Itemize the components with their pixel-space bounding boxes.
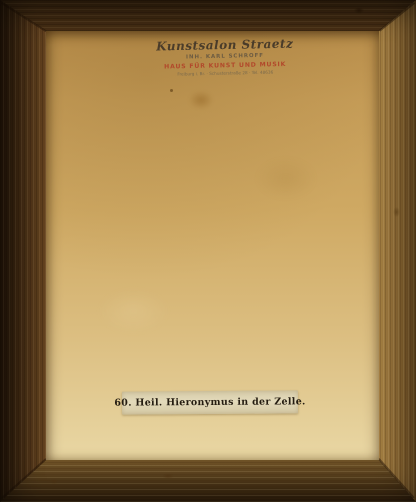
dealer-stamp: Kunstsalon Straetz INH. KARL SCHROFF HAU… [140, 36, 311, 81]
wood-knot-bottom-rail [160, 472, 176, 480]
stain-speck [170, 89, 173, 92]
stamp-address-line: Freiburg i. Br. · Schusterstraße 28 · Te… [174, 70, 276, 77]
stamp-owner-line: INH. KARL SCHROFF [159, 52, 292, 61]
stamp-slogan-line: HAUS FÜR KUNST UND MUSIK [150, 60, 300, 70]
wood-knot-top-rail [352, 6, 366, 15]
title-label-text: 60. Heil. Hieronymus in der Zelle. [114, 396, 305, 408]
stain-soft-light [86, 281, 181, 341]
wood-knot-bottom-left [48, 478, 60, 485]
framed-picture-back-photo: Kunstsalon Straetz INH. KARL SCHROFF HAU… [0, 0, 416, 502]
title-label: 60. Heil. Hieronymus in der Zelle. [122, 390, 298, 414]
wood-knot-right-rail [392, 205, 401, 219]
stain-blob [184, 87, 218, 113]
stain-soft-dark [246, 151, 326, 206]
